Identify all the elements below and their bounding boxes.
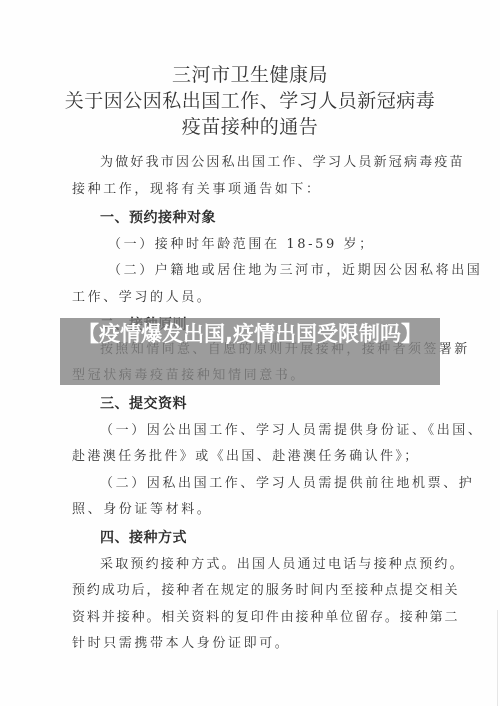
section-1-item-2-line-1: （二）户籍地或居住地为三河市，近期因公因私将出国 xyxy=(108,263,482,279)
section-4-line-3: 资料并接种。相关资料的复印件由接种单位留存。接种第二 xyxy=(72,610,459,626)
section-heading-1: 一、预约接种对象 xyxy=(100,210,216,226)
section-1-item-1: （一）接种时年龄范围在 18-59 岁； xyxy=(108,237,375,253)
document-title-subject: 关于因公因私出国工作、学习人员新冠病毒 xyxy=(0,90,500,112)
section-3-item-1-line-1: （一）因公出国工作、学习人员需提供身份证、《出国、 xyxy=(100,423,484,439)
section-1-item-2-line-2: 工作、学习的人员。 xyxy=(72,290,212,306)
intro-line-2: 接种工作，现将有关事项通告如下： xyxy=(72,182,322,198)
section-4-line-2: 预约成功后，接种者在规定的服务时间内至接种点提交相关 xyxy=(72,583,459,599)
page-edge xyxy=(497,610,498,706)
section-3-item-2-line-2: 照、身份证等材料。 xyxy=(72,502,212,518)
intro-line-1: 为做好我市因公因私出国工作、学习人员新冠病毒疫苗 xyxy=(100,155,465,171)
document-title-type: 疫苗接种的通告 xyxy=(0,116,500,138)
section-heading-4: 四、接种方式 xyxy=(100,530,187,546)
overlay-title: 【疫情爆发出国,疫情出国受限制吗】 xyxy=(60,318,440,347)
document-title-issuer: 三河市卫生健康局 xyxy=(0,64,500,86)
section-heading-3: 三、提交资料 xyxy=(100,396,187,412)
section-4-line-4: 针时只需携带本人身份证即可。 xyxy=(72,636,290,652)
section-4-line-1: 采取预约接种方式。出国人员通过电话与接种点预约。 xyxy=(100,557,465,573)
section-3-item-2-line-1: （二）因私出国工作、学习人员需提供前往地机票、护 xyxy=(100,476,474,492)
section-3-item-1-line-2: 赴港澳任务批件》或《出国、赴港澳任务确认件》； xyxy=(72,449,420,465)
